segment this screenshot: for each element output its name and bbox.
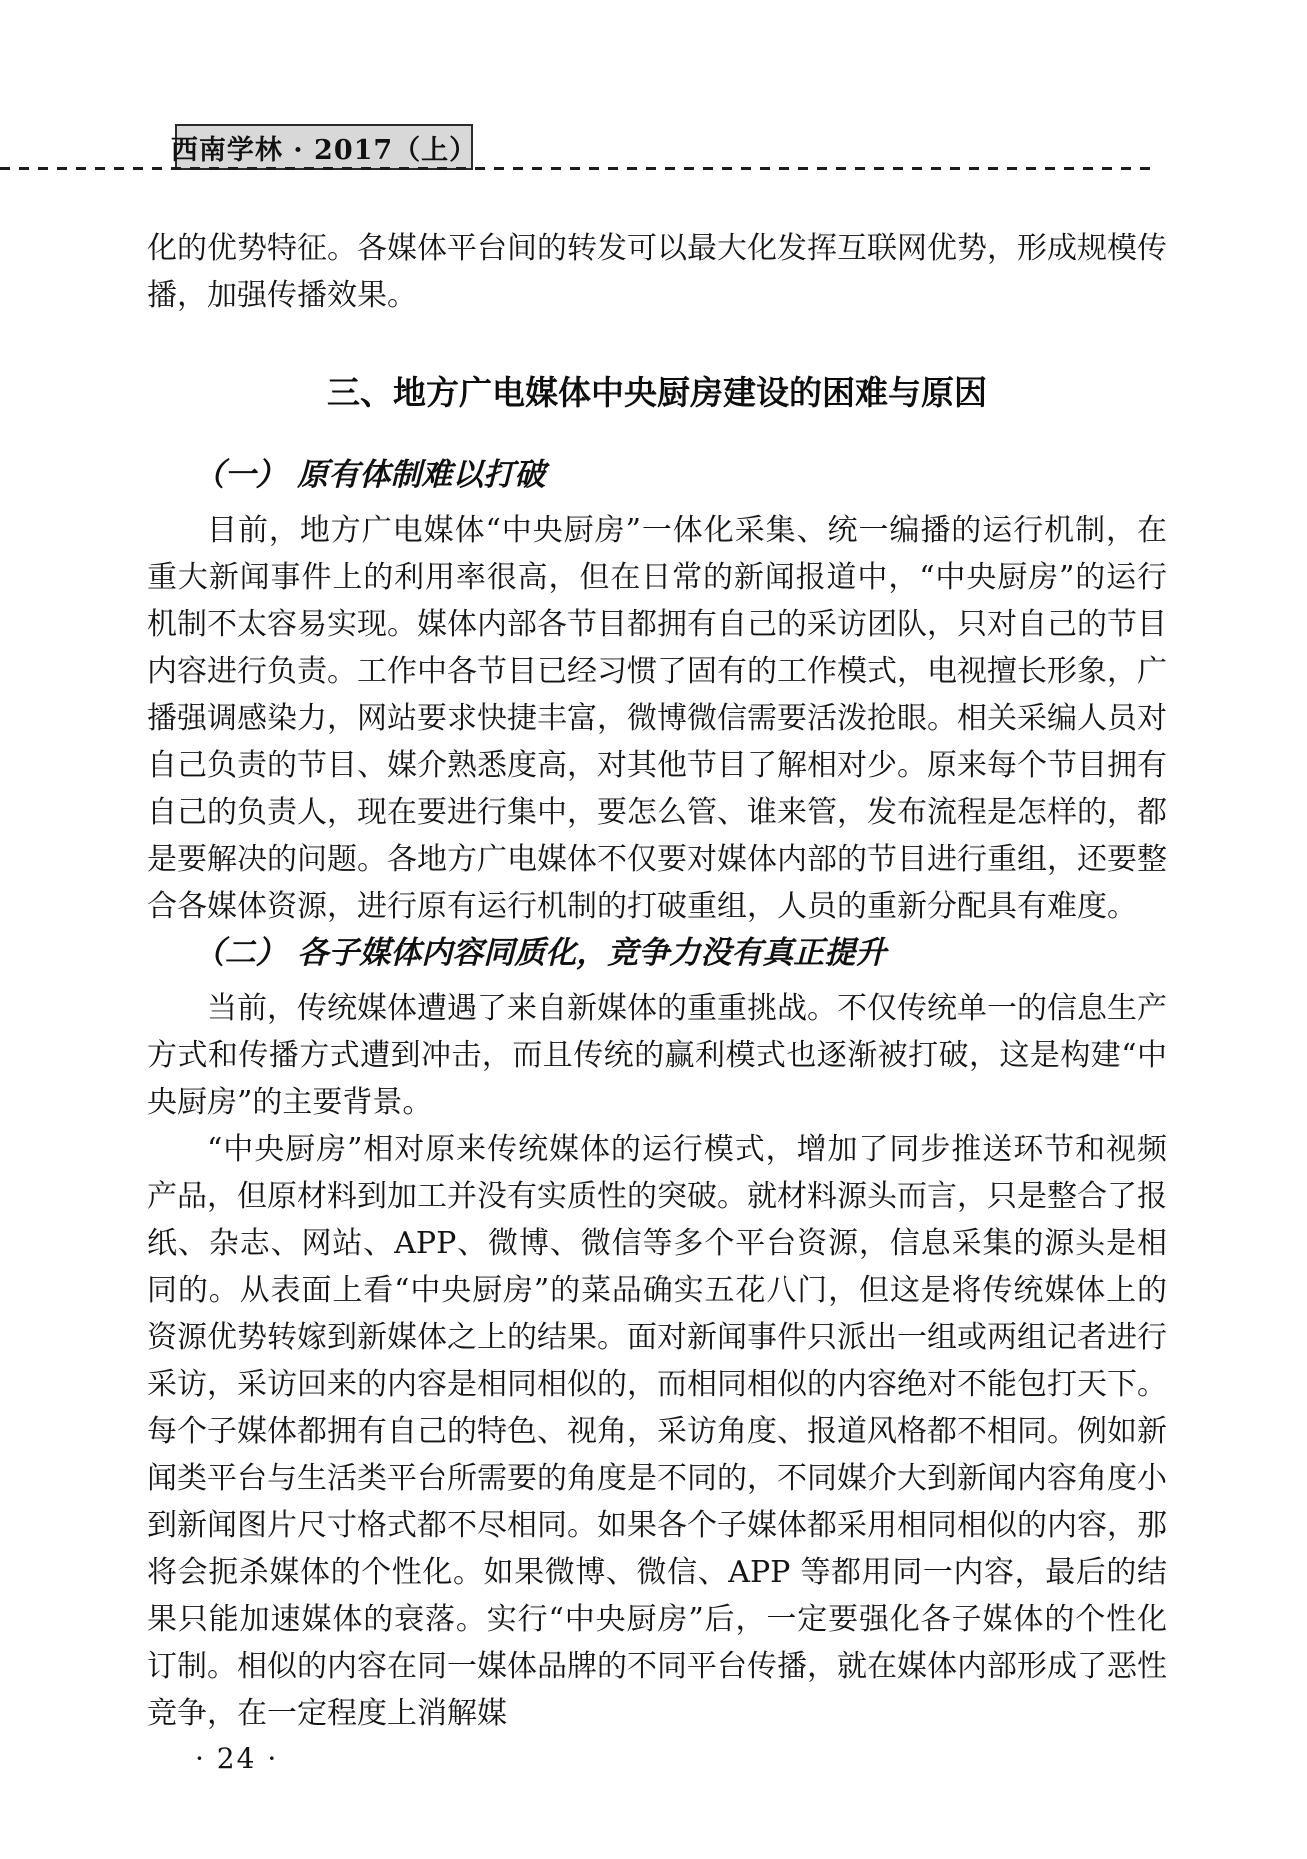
journal-header-badge: 西南学林 · 2017（上） bbox=[175, 124, 473, 170]
page-body: 化的优势特征。各媒体平台间的转发可以最大化发挥互联网优势，形成规模传播，加强传播… bbox=[147, 225, 1167, 1779]
body-paragraph-1: 目前，地方广电媒体“中央厨房”一体化采集、统一编播的运行机制，在重大新闻事件上的… bbox=[147, 507, 1167, 930]
body-paragraph-2: 当前，传统媒体遭遇了来自新媒体的重重挑战。不仅传统单一的信息生产方式和传播方式遭… bbox=[147, 985, 1167, 1126]
section-heading: 三、地方广电媒体中央厨房建设的困难与原因 bbox=[147, 369, 1167, 416]
dashed-divider bbox=[0, 167, 1153, 170]
subsection-heading-1: （一） 原有体制难以打破 bbox=[147, 452, 1167, 499]
page-number: · 24 · bbox=[195, 1739, 1167, 1779]
body-paragraph-3: “中央厨房”相对原来传统媒体的运行模式，增加了同步推送环节和视频产品，但原材料到… bbox=[147, 1126, 1167, 1737]
document-page: 西南学林 · 2017（上） 化的优势特征。各媒体平台间的转发可以最大化发挥互联… bbox=[0, 0, 1307, 1859]
journal-title: 西南学林 · 2017（上） bbox=[171, 128, 477, 167]
body-paragraph-continuation: 化的优势特征。各媒体平台间的转发可以最大化发挥互联网优势，形成规模传播，加强传播… bbox=[147, 225, 1167, 319]
subsection-heading-2: （二） 各子媒体内容同质化，竞争力没有真正提升 bbox=[147, 930, 1167, 977]
